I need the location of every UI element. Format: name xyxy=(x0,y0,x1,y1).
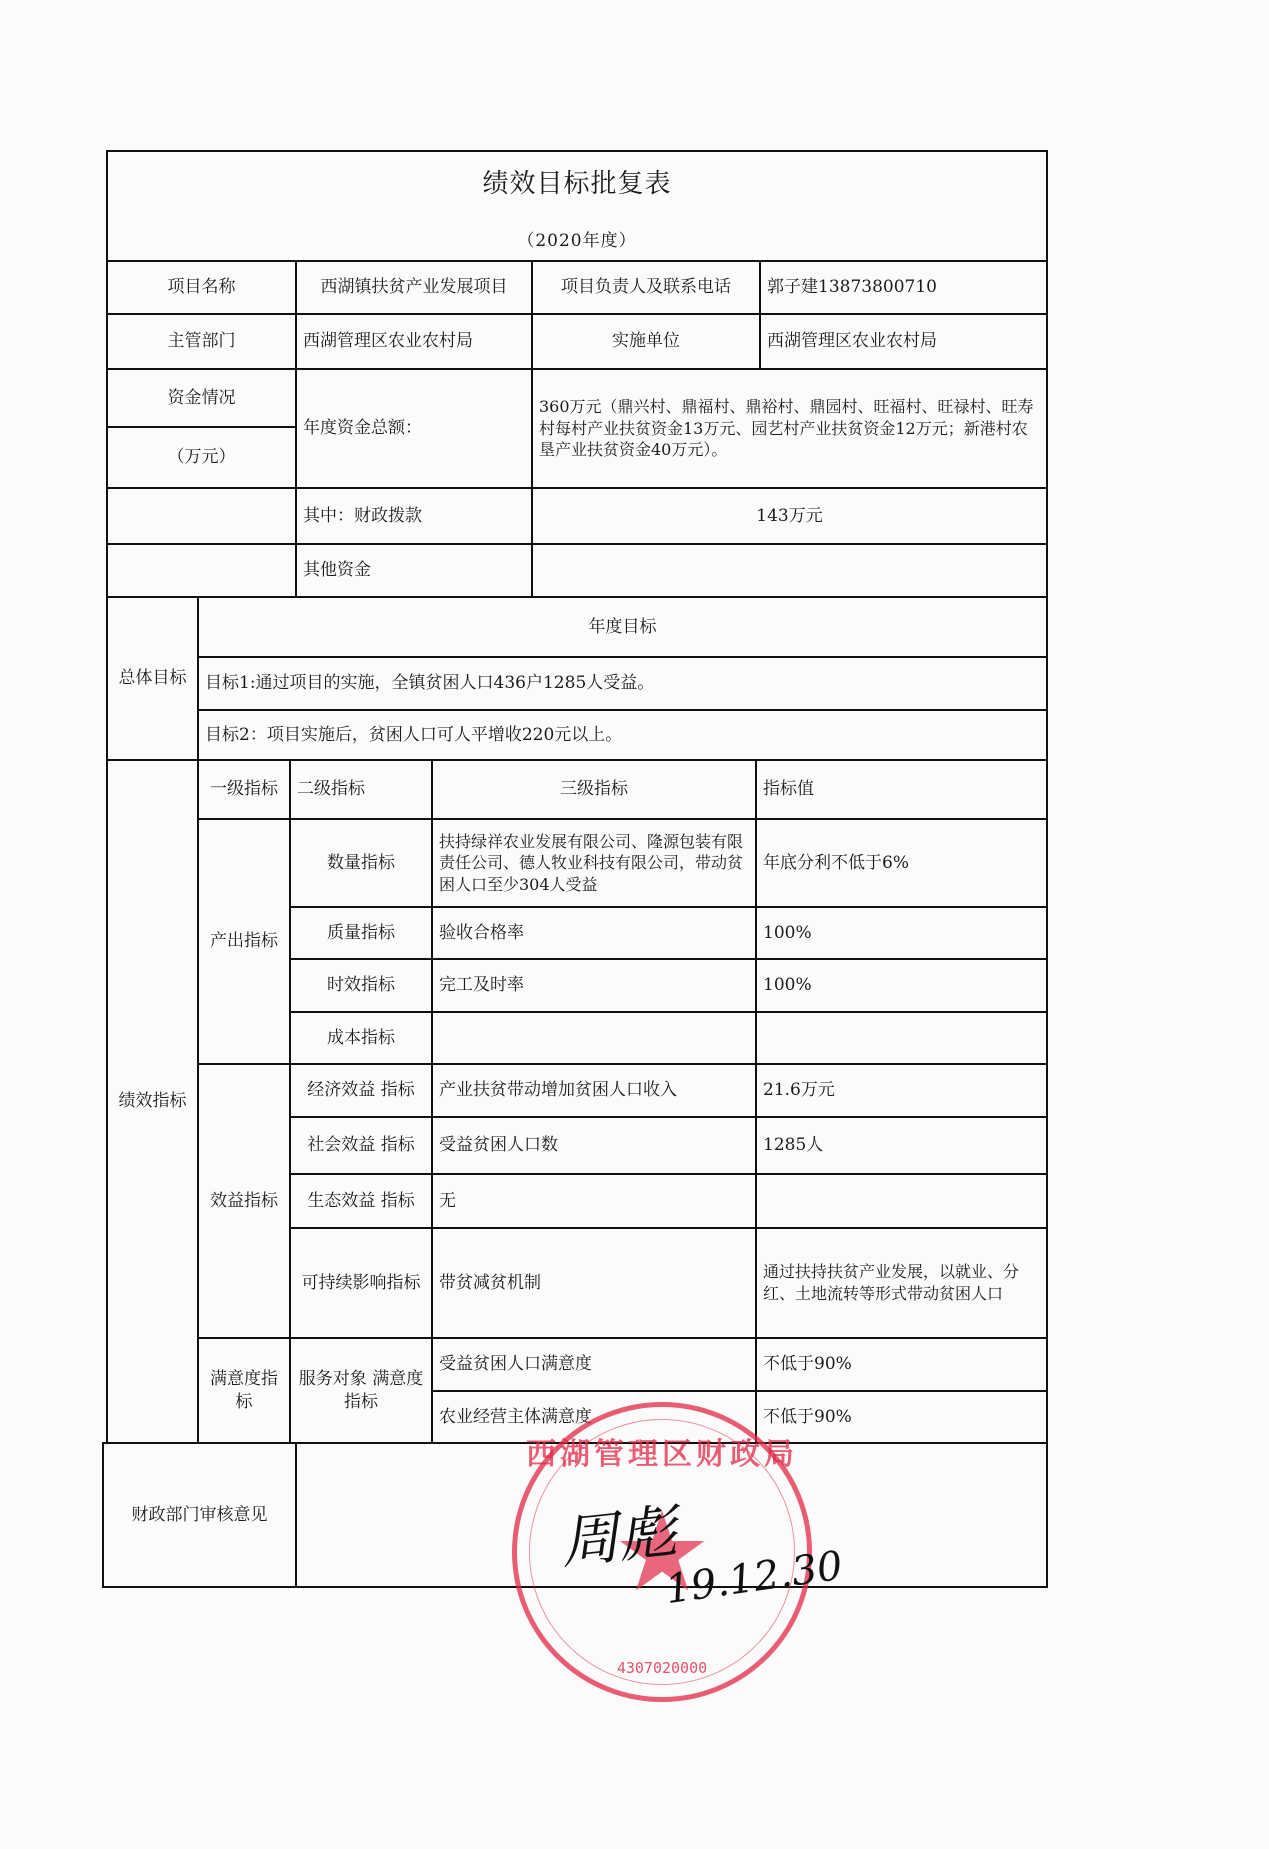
contact-label: 项目负责人及联系电话 xyxy=(531,260,761,315)
dept-label: 主管部门 xyxy=(106,313,297,370)
sustainability-value: 通过扶持扶贫产业发展，以就业、分红、土地流转等形式带动贫困人口 xyxy=(755,1227,1048,1339)
timeliness-label: 时效指标 xyxy=(289,958,433,1013)
quality-value: 100% xyxy=(755,906,1048,960)
project-name-label: 项目名称 xyxy=(106,260,297,315)
impl-label: 实施单位 xyxy=(531,313,761,370)
header-value: 指标值 xyxy=(755,759,1048,820)
other-funds-value xyxy=(531,543,1048,598)
signature: 周彪 xyxy=(556,1484,680,1580)
ecological-label: 生态效益 指标 xyxy=(289,1173,433,1229)
satisfaction-indicators-label: 满意度指标 xyxy=(197,1337,291,1444)
impl-value: 西湖管理区农业农村局 xyxy=(759,313,1048,370)
funding-total-label: 年度资金总额： xyxy=(295,368,533,489)
timeliness-level3: 完工及时率 xyxy=(431,958,757,1013)
output-indicators-label: 产出指标 xyxy=(197,818,291,1065)
page-title: 绩效目标批复表 xyxy=(482,167,671,202)
quantity-value: 年底分利不低于6% xyxy=(755,818,1048,908)
quantity-level3: 扶持绿祥农业发展有限公司、隆源包装有限责任公司、德人牧业科技有限公司，带动贫困人… xyxy=(431,818,757,908)
header-level2: 二级指标 xyxy=(289,759,433,820)
funding-total-value: 360万元（鼎兴村、鼎福村、鼎裕村、鼎园村、旺福村、旺禄村、旺寿村每村产业扶贫资… xyxy=(531,368,1048,489)
economic-level3: 产业扶贫带动增加贫困人口收入 xyxy=(431,1063,757,1118)
title-block: 绩效目标批复表 （2020年度） xyxy=(106,150,1048,262)
economic-label: 经济效益 指标 xyxy=(289,1063,433,1118)
cost-value xyxy=(755,1011,1048,1065)
funding-blank-1 xyxy=(106,487,297,545)
header-level3: 三级指标 xyxy=(431,759,757,820)
funding-blank-2 xyxy=(106,543,297,598)
dept-value: 西湖管理区农业农村局 xyxy=(295,313,533,370)
quality-level3: 验收合格率 xyxy=(431,906,757,960)
annual-goals-header: 年度目标 xyxy=(197,596,1048,658)
sustainability-label: 可持续影响指标 xyxy=(289,1227,433,1339)
timeliness-value: 100% xyxy=(755,958,1048,1013)
agri-entity-satisfaction-level3: 农业经营主体满意度 xyxy=(431,1390,757,1444)
ecological-level3: 无 xyxy=(431,1173,757,1229)
sustainability-level3: 带贫减贫机制 xyxy=(431,1227,757,1339)
benefit-indicators-label: 效益指标 xyxy=(197,1063,291,1339)
project-name-value: 西湖镇扶贫产业发展项目 xyxy=(295,260,533,315)
fiscal-value: 143万元 xyxy=(531,487,1048,545)
year-label: （2020年度） xyxy=(517,230,636,253)
contact-value: 郭子建13873800710 xyxy=(759,260,1048,315)
funding-label-line2: （万元） xyxy=(106,426,297,489)
agri-entity-satisfaction-value: 不低于90% xyxy=(755,1390,1048,1444)
stamp-code: 4307020000 xyxy=(517,1659,807,1677)
funding-label-line1: 资金情况 xyxy=(106,368,297,428)
social-label: 社会效益 指标 xyxy=(289,1116,433,1175)
beneficiary-satisfaction-value: 不低于90% xyxy=(755,1337,1048,1392)
fiscal-label: 其中：财政拨款 xyxy=(295,487,533,545)
quantity-label: 数量指标 xyxy=(289,818,433,908)
other-funds-label: 其他资金 xyxy=(295,543,533,598)
social-value: 1285人 xyxy=(755,1116,1048,1175)
cost-label: 成本指标 xyxy=(289,1011,433,1065)
header-level1: 一级指标 xyxy=(197,759,291,820)
beneficiary-satisfaction-level3: 受益贫困人口满意度 xyxy=(431,1337,757,1392)
overall-goals-label: 总体目标 xyxy=(106,596,199,761)
economic-value: 21.6万元 xyxy=(755,1063,1048,1118)
social-level3: 受益贫困人口数 xyxy=(431,1116,757,1175)
performance-indicators-label: 绩效指标 xyxy=(106,759,199,1444)
finance-review-label: 财政部门审核意见 xyxy=(102,1442,297,1588)
goal-1: 目标1:通过项目的实施，全镇贫困人口436户1285人受益。 xyxy=(197,656,1048,711)
ecological-value xyxy=(755,1173,1048,1229)
service-satisfaction-label: 服务对象 满意度指标 xyxy=(289,1337,433,1444)
cost-level3 xyxy=(431,1011,757,1065)
quality-label: 质量指标 xyxy=(289,906,433,960)
goal-2: 目标2：项目实施后，贫困人口可人平增收220元以上。 xyxy=(197,709,1048,761)
